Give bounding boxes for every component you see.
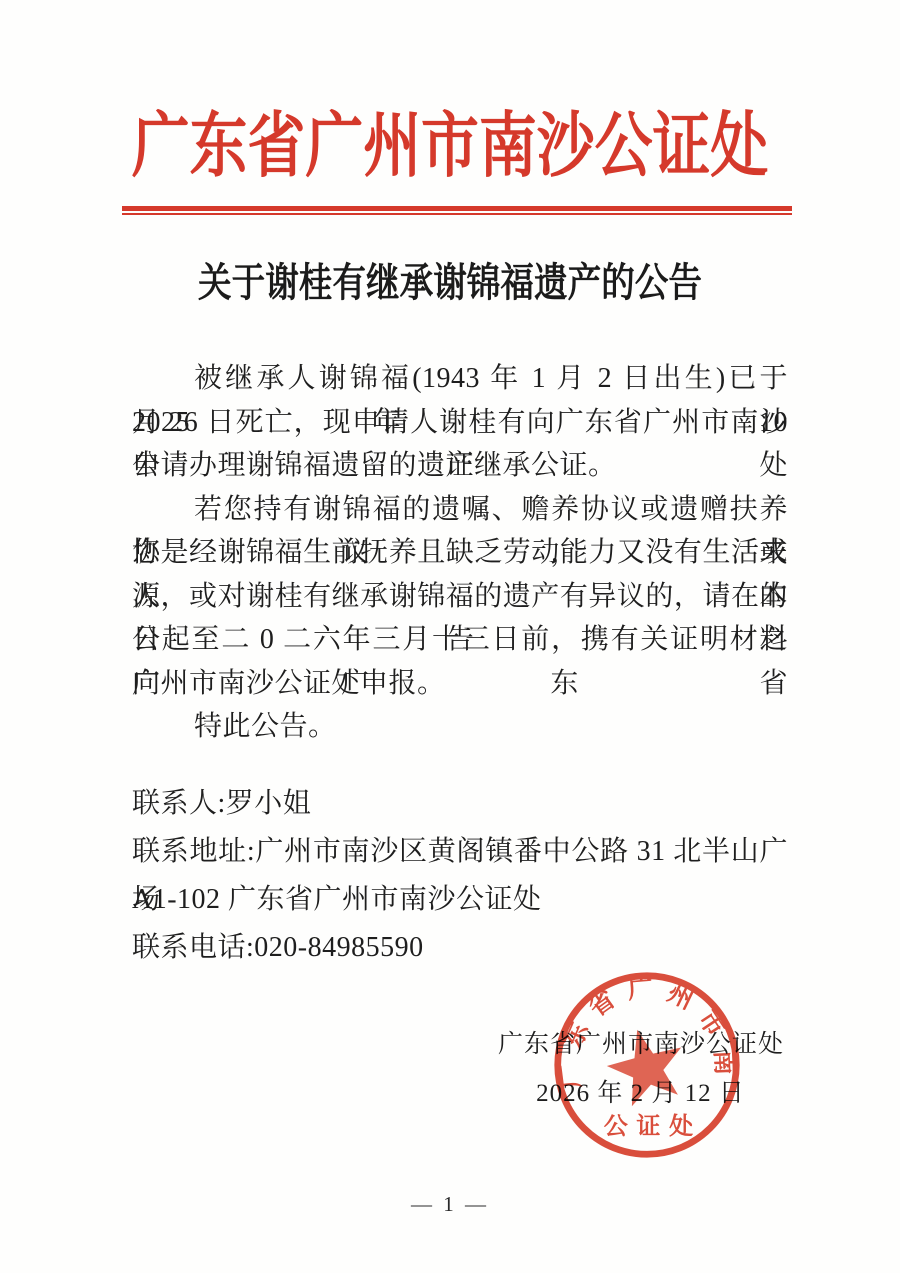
paragraph2-line4: 日起至二 0 二六年三月十三日前，携有关证明材料向广东省 (132, 618, 788, 662)
paragraph2-line3: 人，或对谢桂有继承谢锦福的遗产有异议的，请在本公告之 (132, 575, 788, 619)
letterhead-title: 广东省广州市南沙公证处 (83, 112, 817, 183)
seal-bottom-text: 公证处 (604, 1113, 702, 1140)
notary-seal: 广东省广州市南沙 公证处 (551, 969, 743, 1161)
paragraph2-line1: 若您持有谢锦福的遗嘱、赡养协议或遗赠扶养协议，或 (132, 488, 788, 532)
paragraph1-line2: 月 26 日死亡，现申请人谢桂有向广东省广州市南沙公证处 (132, 401, 788, 445)
paragraph1-line1: 被继承人谢锦福(1943 年 1 月 2 日出生)已于 2025 年 10 (132, 357, 788, 401)
paragraph2-line2: 您是经谢锦福生前抚养且缺乏劳动能力又没有生活来源的 (132, 531, 788, 575)
contact-phone: 联系电话:020-84985590 (132, 924, 788, 972)
contact-address-line1: 联系地址:广州市南沙区黄阁镇番中公路 31 北半山广场 (132, 828, 788, 876)
notice-title: 关于谢桂有继承谢锦福遗产的公告 (72, 261, 828, 305)
seal-star (600, 1020, 692, 1109)
document-page: 广东省广州市南沙公证处 关于谢桂有继承谢锦福遗产的公告 被继承人谢锦福(1943… (0, 0, 900, 1273)
divider-thick-line (122, 206, 792, 211)
notice-body: 被继承人谢锦福(1943 年 1 月 2 日出生)已于 2025 年 10 月 … (132, 357, 788, 749)
contact-address-line2: A1-102 广东省广州市南沙公证处 (132, 876, 788, 924)
contact-person: 联系人:罗小姐 (132, 780, 788, 828)
closing-line: 特此公告。 (132, 705, 788, 749)
contact-block: 联系人:罗小姐 联系地址:广州市南沙区黄阁镇番中公路 31 北半山广场 A1-1… (132, 780, 788, 972)
divider-thin-line (122, 213, 792, 215)
letterhead-divider (122, 206, 792, 215)
page-number: — 1 — (0, 1192, 900, 1217)
